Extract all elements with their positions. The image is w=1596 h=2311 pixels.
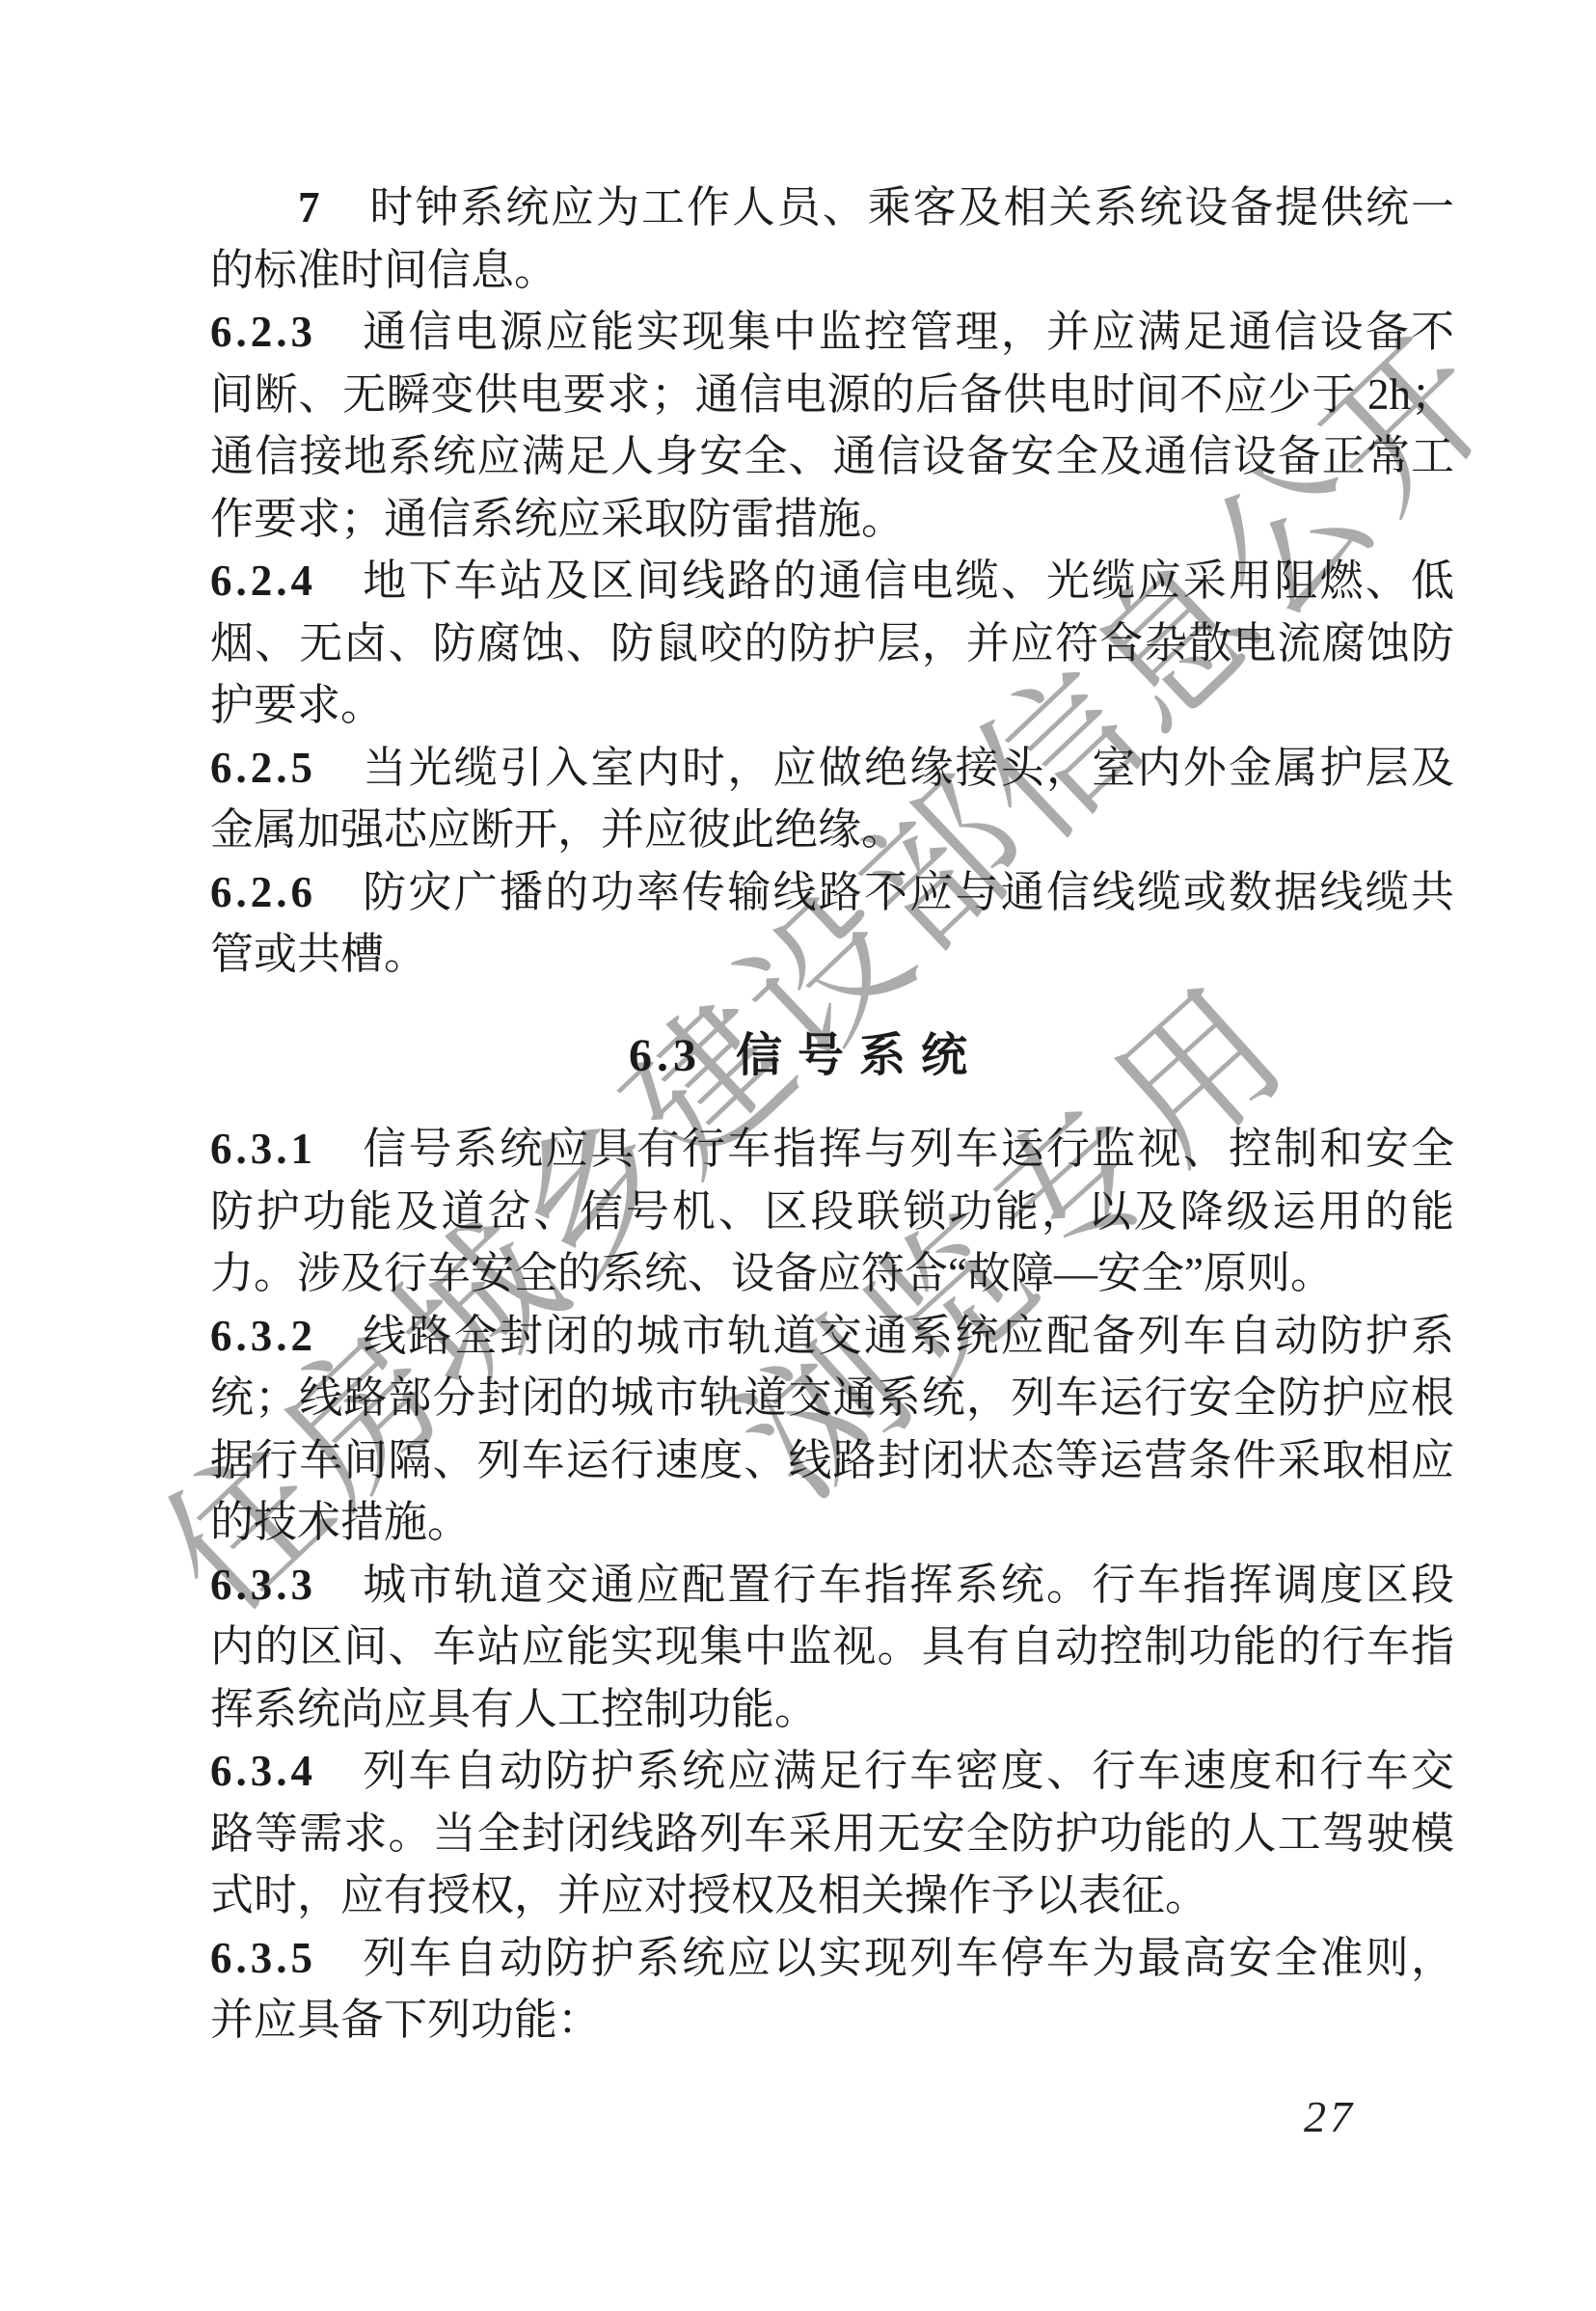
text-line: 力。涉及行车安全的系统、设备应符合“故障—安全”原则。 — [210, 1242, 1454, 1305]
text-line: 6.2.5当光缆引入室内时，应做绝缘接头，室内外金属护层及 — [210, 737, 1454, 800]
line-text: 护要求。 — [210, 681, 384, 729]
text-line: 6.3.3城市轨道交通应配置行车指挥系统。行车指挥调度区段 — [210, 1554, 1454, 1617]
text-line: 挥系统尚应具有人工控制功能。 — [210, 1678, 1454, 1741]
line-text: 时钟系统应为工作人员、乘客及相关系统设备提供统一 — [368, 183, 1455, 231]
line-text: 挥系统尚应具有人工控制功能。 — [210, 1685, 818, 1733]
text-line: 统；线路部分封闭的城市轨道交通系统，列车运行安全防护应根 — [210, 1367, 1454, 1429]
clause-number: 6.3.5 — [210, 1934, 316, 1982]
document-page: 住房城乡建设部信息公开 浏览专用 7时钟系统应为工作人员、乘客及相关系统设备提供… — [0, 0, 1596, 2311]
line-text: 通信电源应能实现集中监控管理，并应满足通信设备不 — [361, 308, 1454, 356]
line-text: 内的区间、车站应能实现集中监视。具有自动控制功能的行车指 — [210, 1622, 1454, 1671]
line-text: 统；线路部分封闭的城市轨道交通系统，列车运行安全防护应根 — [210, 1373, 1454, 1422]
text-line: 据行车间隔、列车运行速度、线路封闭状态等运营条件采取相应 — [210, 1429, 1454, 1492]
text-line: 防护功能及道岔、信号机、区段联锁功能，以及降级运用的能 — [210, 1181, 1454, 1243]
line-text: 管或共槽。 — [210, 930, 427, 978]
text-line: 的技术措施。 — [210, 1491, 1454, 1554]
text-line: 6.3.2线路全封闭的城市轨道交通系统应配备列车自动防护系 — [210, 1305, 1454, 1368]
section-heading: 6.3信号系统 — [0, 1025, 1596, 1088]
line-text: 防灾广播的功率传输线路不应与通信线缆或数据线缆共 — [361, 868, 1454, 916]
line-text: 路等需求。当全封闭线路列车采用无安全防护功能的人工驾驶模 — [210, 1809, 1454, 1858]
text-line: 间断、无瞬变供电要求；通信电源的后备供电时间不应少于 2h； — [210, 364, 1454, 426]
line-text: 线路全封闭的城市轨道交通系统应配备列车自动防护系 — [361, 1312, 1454, 1360]
line-text: 力。涉及行车安全的系统、设备应符合“故障—安全”原则。 — [210, 1249, 1334, 1297]
clause-number: 6.3.2 — [210, 1312, 316, 1360]
line-text: 列车自动防护系统应以实现列车停车为最高安全准则， — [361, 1934, 1454, 1982]
line-text: 城市轨道交通应配置行车指挥系统。行车指挥调度区段 — [361, 1561, 1454, 1609]
line-text: 金属加强芯应断开，并应彼此绝缘。 — [210, 805, 905, 854]
line-text: 信号系统应具有行车指挥与列车运行监视、控制和安全 — [361, 1125, 1454, 1173]
clause-number: 6.2.3 — [210, 308, 316, 356]
line-text: 式时，应有授权，并应对授权及相关操作予以表征。 — [210, 1871, 1208, 1919]
text-line: 烟、无卤、防腐蚀、防鼠咬的防护层，并应符合杂散电流腐蚀防 — [210, 612, 1454, 675]
text-line: 6.2.6防灾广播的功率传输线路不应与通信线缆或数据线缆共 — [210, 861, 1454, 924]
line-text: 并应具备下列功能： — [210, 1996, 601, 2044]
line-text: 烟、无卤、防腐蚀、防鼠咬的防护层，并应符合杂散电流腐蚀防 — [210, 619, 1454, 667]
clause-number: 6.2.4 — [210, 557, 316, 605]
text-line: 7时钟系统应为工作人员、乘客及相关系统设备提供统一 — [210, 177, 1454, 239]
clause-number: 6.3.3 — [210, 1561, 316, 1609]
text-line: 6.2.3通信电源应能实现集中监控管理，并应满足通信设备不 — [210, 301, 1454, 364]
heading-title: 信号系统 — [736, 1030, 983, 1081]
text-line: 式时，应有授权，并应对授权及相关操作予以表征。 — [210, 1864, 1454, 1927]
clause-number: 6.2.6 — [210, 868, 316, 916]
text-line: 6.3.4列车自动防护系统应满足行车密度、行车速度和行车交 — [210, 1740, 1454, 1803]
line-text: 的技术措施。 — [210, 1498, 471, 1546]
clause-number: 6.3.1 — [210, 1125, 316, 1173]
heading-number: 6.3 — [629, 1030, 701, 1081]
text-line: 并应具备下列功能： — [210, 1989, 1454, 2052]
line-text: 作要求；通信系统应采取防雷措施。 — [210, 495, 905, 543]
line-text: 通信接地系统应满足人身安全、通信设备安全及通信设备正常工 — [210, 432, 1454, 480]
line-text: 据行车间隔、列车运行速度、线路封闭状态等运营条件采取相应 — [210, 1436, 1454, 1484]
text-line: 通信接地系统应满足人身安全、通信设备安全及通信设备正常工 — [210, 425, 1454, 488]
page-number: 27 — [1304, 2091, 1356, 2142]
line-text: 的标准时间信息。 — [210, 246, 557, 294]
text-line: 6.3.1信号系统应具有行车指挥与列车运行监视、控制和安全 — [210, 1118, 1454, 1181]
clause-number: 6.2.5 — [210, 744, 316, 792]
line-text: 地下车站及区间线路的通信电缆、光缆应采用阻燃、低 — [361, 557, 1454, 605]
text-line: 金属加强芯应断开，并应彼此绝缘。 — [210, 799, 1454, 861]
line-text: 间断、无瞬变供电要求；通信电源的后备供电时间不应少于 2h； — [210, 370, 1454, 419]
text-line: 的标准时间信息。 — [210, 239, 1454, 302]
text-line: 管或共槽。 — [210, 923, 1454, 986]
text-line: 内的区间、车站应能实现集中监视。具有自动控制功能的行车指 — [210, 1616, 1454, 1678]
clause-number: 6.3.4 — [210, 1747, 316, 1795]
text-line: 路等需求。当全封闭线路列车采用无安全防护功能的人工驾驶模 — [210, 1803, 1454, 1865]
text-line: 6.2.4地下车站及区间线路的通信电缆、光缆应采用阻燃、低 — [210, 550, 1454, 612]
line-text: 列车自动防护系统应满足行车密度、行车速度和行车交 — [361, 1747, 1454, 1795]
clause-number: 7 — [298, 183, 324, 231]
line-text: 防护功能及道岔、信号机、区段联锁功能，以及降级运用的能 — [210, 1187, 1454, 1236]
document-body: 7时钟系统应为工作人员、乘客及相关系统设备提供统一的标准时间信息。6.2.3通信… — [0, 0, 1596, 2052]
text-line: 6.3.5列车自动防护系统应以实现列车停车为最高安全准则， — [210, 1927, 1454, 1990]
line-text: 当光缆引入室内时，应做绝缘接头，室内外金属护层及 — [361, 744, 1454, 792]
text-line: 护要求。 — [210, 674, 1454, 737]
text-line: 作要求；通信系统应采取防雷措施。 — [210, 488, 1454, 551]
